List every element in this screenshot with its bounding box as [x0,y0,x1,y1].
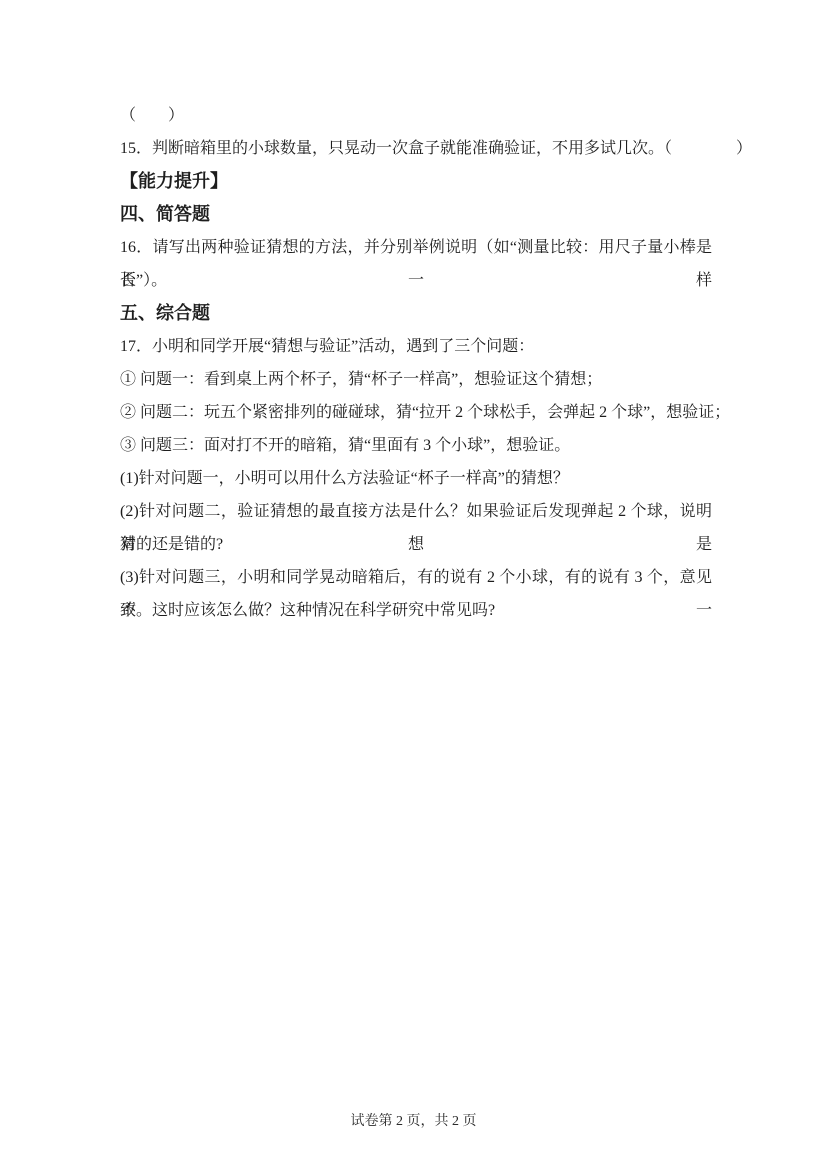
exam-content: （ ） 15．判断暗箱里的小球数量，只晃动一次盒子就能准确验证，不用多试几次。（… [120,99,712,627]
section-heading-comprehensive: 五、综合题 [120,297,712,330]
question-17-item-3: ③ 问题三：面对打不开的暗箱，猜“里面有 3 个小球”，想验证。 [120,429,712,462]
question-17-sub-3-line-1: (3)针对问题三，小明和同学晃动暗箱后，有的说有 2 个小球，有的说有 3 个，… [120,561,712,594]
question-17-item-2: ② 问题二：玩五个紧密排列的碰碰球，猜“拉开 2 个球松手，会弹起 2 个球”，… [120,396,712,429]
question-17-sub-2-line-1: (2)针对问题二，验证猜想的最直接方法是什么？如果验证后发现弹起 2 个球，说明… [120,495,712,528]
answer-bracket-line: （ ） [120,99,712,132]
exam-paper-page: （ ） 15．判断暗箱里的小球数量，只晃动一次盒子就能准确验证，不用多试几次。（… [0,0,827,1169]
section-heading-short-answer: 四、简答题 [120,198,712,231]
heading-ability-boost: 【能力提升】 [120,165,712,198]
question-17-sub-1: (1)针对问题一，小明可以用什么方法验证“杯子一样高”的猜想？ [120,462,712,495]
page-footer: 试卷第 2 页，共 2 页 [0,1112,827,1132]
question-17-intro: 17．小明和同学开展“猜想与验证”活动，遇到了三个问题： [120,330,712,363]
question-16-line-1: 16．请写出两种验证猜想的方法，并分别举例说明（如“测量比较：用尺子量小棒是否一… [120,231,712,264]
question-15: 15．判断暗箱里的小球数量，只晃动一次盒子就能准确验证，不用多试几次。（ ） [120,132,712,165]
question-17-item-1: ① 问题一：看到桌上两个杯子，猜“杯子一样高”，想验证这个猜想； [120,363,712,396]
